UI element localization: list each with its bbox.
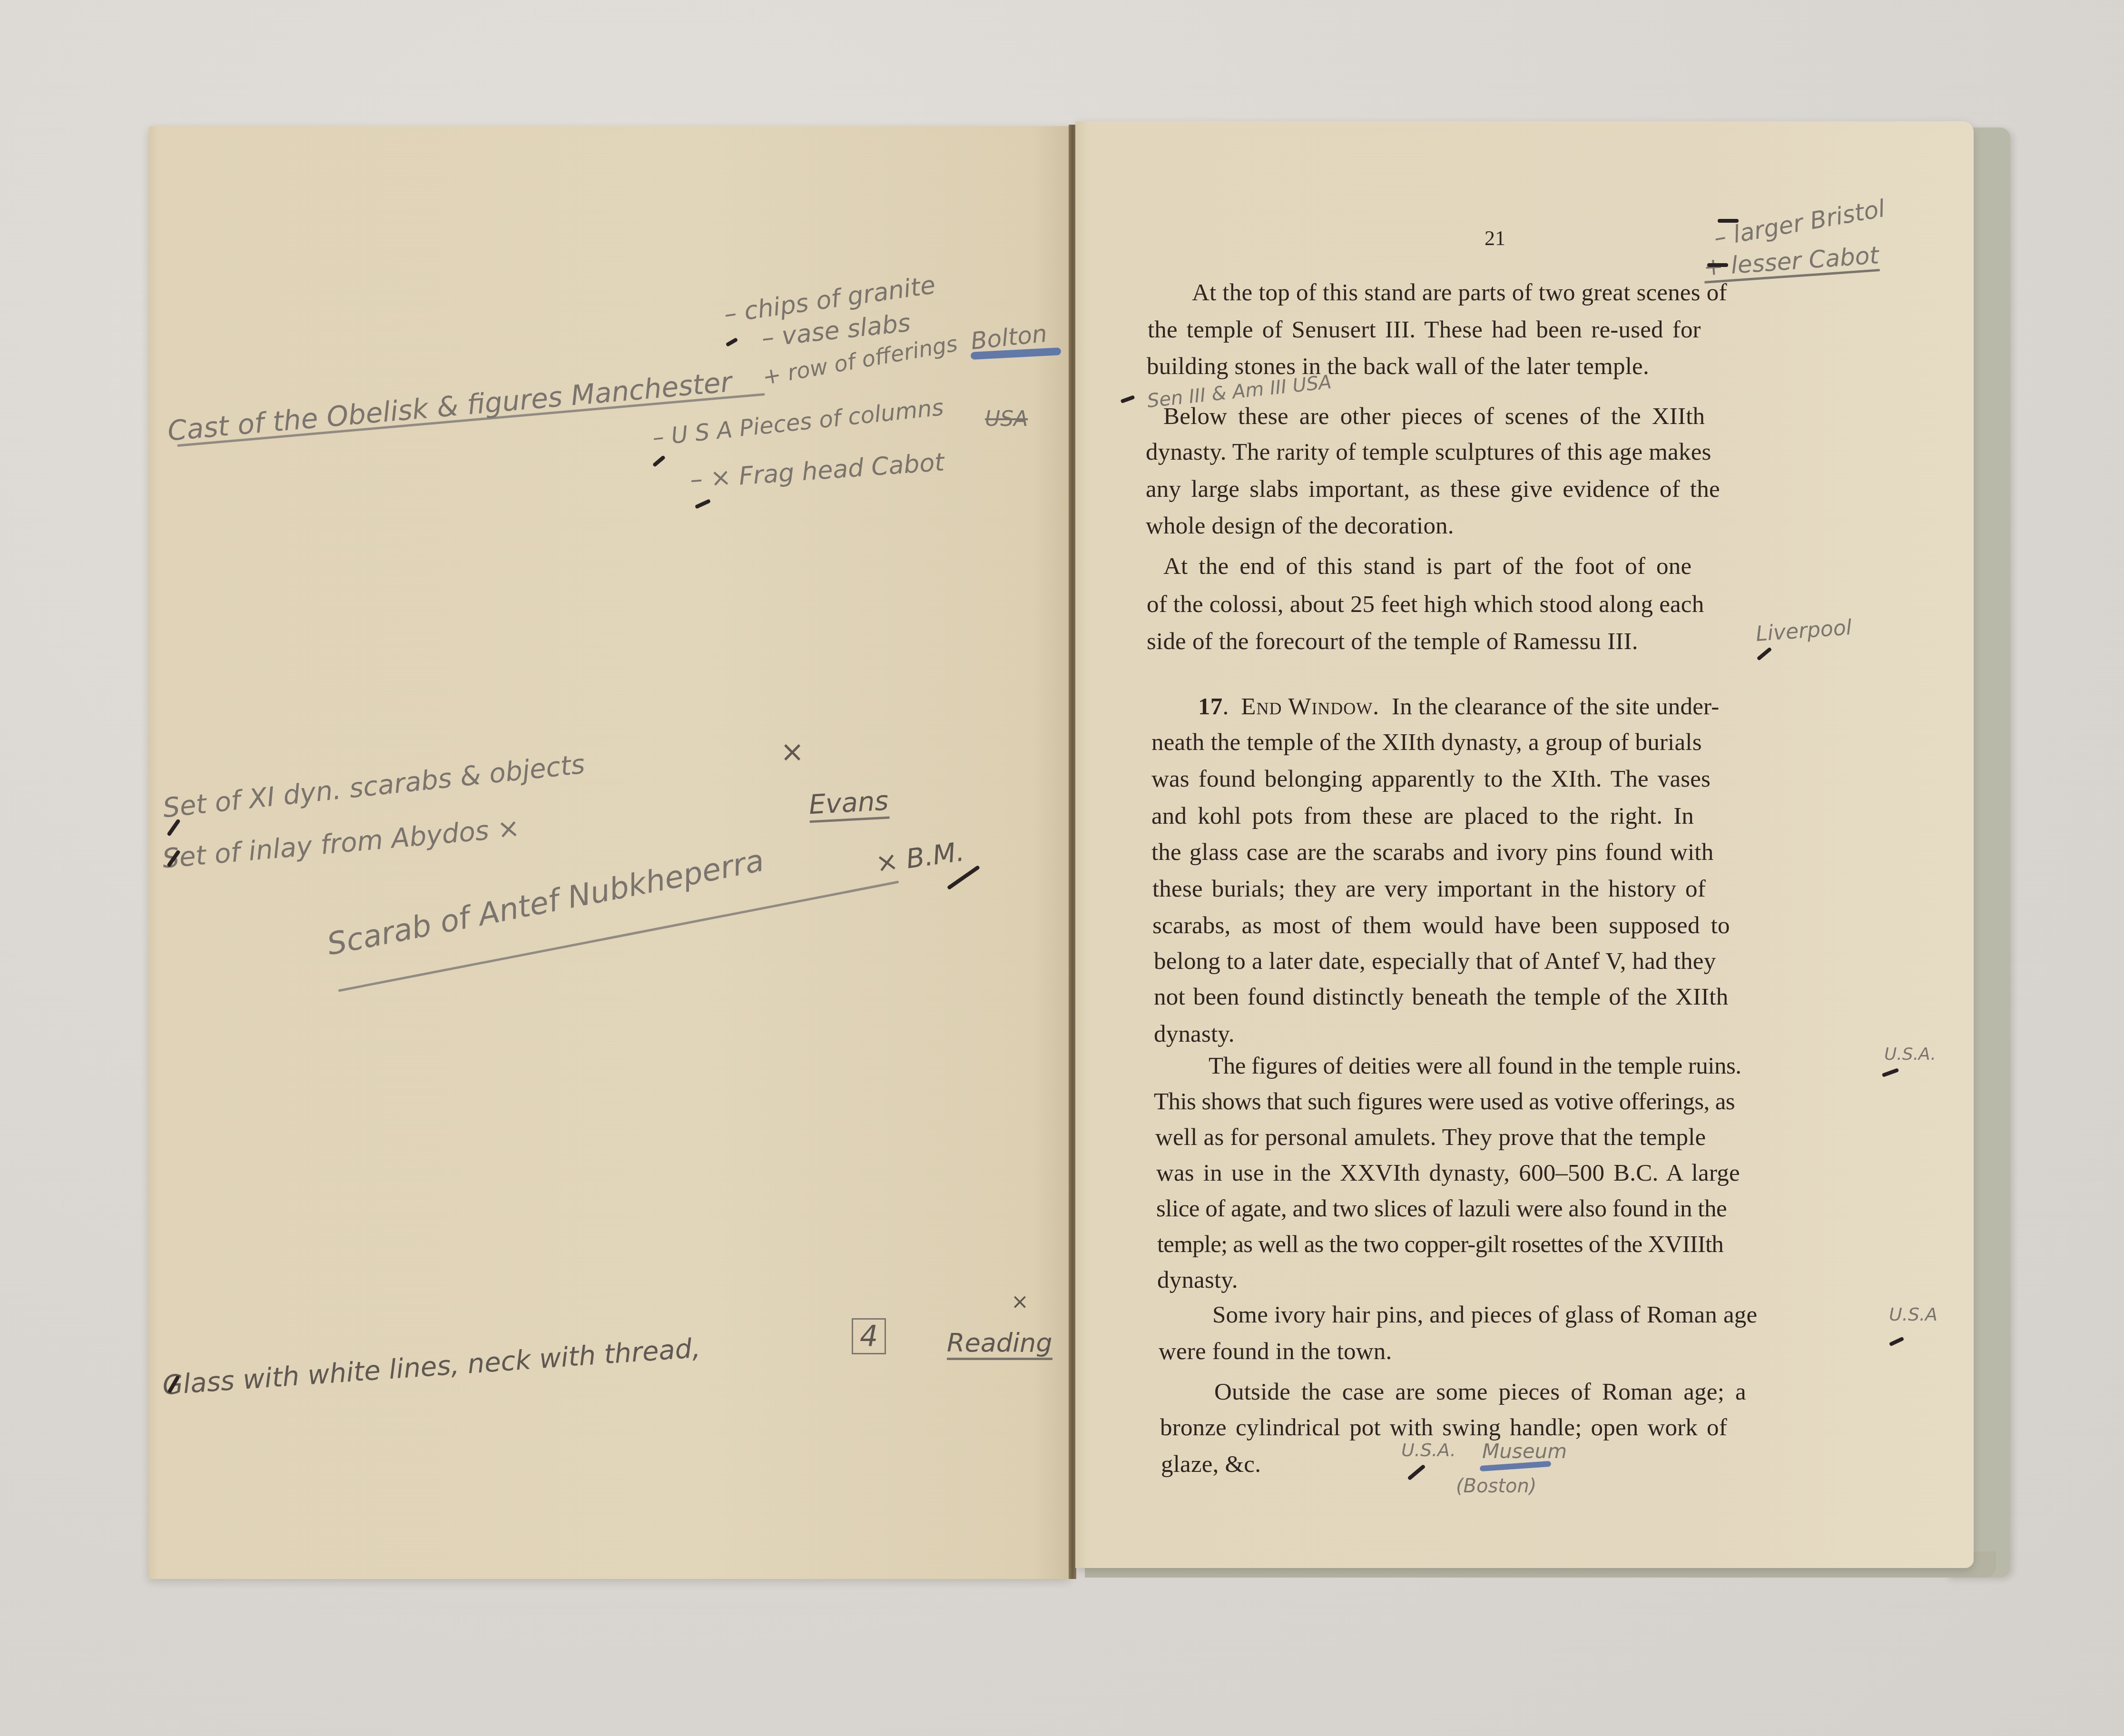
paragraph-3-line-2: of the colossi, about 25 feet high which… <box>1147 592 1704 617</box>
ink-tick-mark <box>1707 263 1728 267</box>
paragraph-2-line-3: any large slabs important, as these give… <box>1146 477 1720 502</box>
paragraph-1-line-3: building stones in the back wall of the … <box>1147 355 1649 379</box>
paragraph-7-line-3: glaze, &c. <box>1161 1452 1261 1477</box>
paragraph-7-line-1: Outside the case are some pieces of Roma… <box>1214 1380 1746 1404</box>
note-reading-x: × <box>1011 1290 1029 1314</box>
section-title: End Window. <box>1241 693 1379 720</box>
paragraph-3-line-3: side of the forecourt of the temple of R… <box>1147 630 1638 654</box>
annotation-usa-roman: U.S.A <box>1889 1304 1937 1325</box>
paragraph-1-line-1: At the top of this stand are parts of tw… <box>1192 281 1727 305</box>
section-17-line-9: not been found distinctly beneath the te… <box>1154 985 1728 1009</box>
page-number: 21 <box>1485 226 1505 250</box>
section-17-line-10: dynasty. <box>1154 1022 1235 1046</box>
note-x-mark: × <box>780 735 804 769</box>
paragraph-5-line-5: slice of agate, and two slices of lazuli… <box>1156 1197 1727 1221</box>
note-evans: Evans <box>808 786 889 823</box>
paragraph-2-line-4: whole design of the decoration. <box>1146 514 1454 538</box>
annotation-museum: Museum <box>1482 1440 1567 1463</box>
note-usa-struck: USA <box>985 407 1028 431</box>
annotation-usa-deities: U.S.A. <box>1884 1045 1936 1064</box>
note-box-number: 4 <box>852 1318 886 1354</box>
section-17-line-7: scarabs, as most of them would have been… <box>1152 914 1730 938</box>
paragraph-5-line-1: The figures of deities were all found in… <box>1209 1054 1741 1078</box>
paragraph-2-line-1: Below these are other pieces of scenes o… <box>1163 404 1705 429</box>
section-17-line-3: was found belonging apparently to the XI… <box>1151 767 1711 791</box>
paragraph-5-line-3: well as for personal amulets. They prove… <box>1155 1125 1706 1150</box>
paragraph-6-line-1: Some ivory hair pins, and pieces of glas… <box>1212 1303 1757 1327</box>
paragraph-5-line-4: was in use in the XXVIth dynasty, 600–50… <box>1156 1161 1740 1185</box>
paragraph-2-line-2: dynasty. The rarity of temple sculptures… <box>1146 440 1711 464</box>
annotation-boston: (Boston) <box>1456 1475 1536 1497</box>
annotation-usa-bronze: U.S.A. <box>1401 1440 1456 1460</box>
section-17-line-8: belong to a later date, especially that … <box>1154 949 1716 974</box>
paragraph-5-line-2: This shows that such figures were used a… <box>1154 1090 1735 1114</box>
paragraph-3-line-1: At the end of this stand is part of the … <box>1163 554 1691 579</box>
section-number: 17 <box>1198 693 1222 720</box>
section-17-line-4: and kohl pots from these are placed to t… <box>1151 804 1694 829</box>
section-17-line-5: the glass case are the scarabs and ivory… <box>1151 840 1713 865</box>
paragraph-5-line-7: dynasty. <box>1157 1268 1238 1292</box>
paragraph-5-line-6: temple; as well as the two copper-gilt r… <box>1157 1233 1723 1257</box>
section-17-line-1: In the clearance of the site under- <box>1392 693 1719 720</box>
paragraph-7-line-2: bronze cylindrical pot with swing handle… <box>1160 1416 1727 1440</box>
section-17-line-6: these burials; they are very important i… <box>1152 877 1706 901</box>
note-reading: Reading <box>947 1328 1052 1360</box>
ink-tick-mark <box>1718 219 1739 223</box>
section-17-heading-line: 17. End Window. In the clearance of the … <box>1198 695 1719 719</box>
paragraph-6-line-2: were found in the town. <box>1159 1340 1392 1364</box>
paragraph-1-line-2: the temple of Senusert III. These had be… <box>1148 318 1701 342</box>
section-17-line-2: neath the temple of the XIIth dynasty, a… <box>1151 730 1702 755</box>
